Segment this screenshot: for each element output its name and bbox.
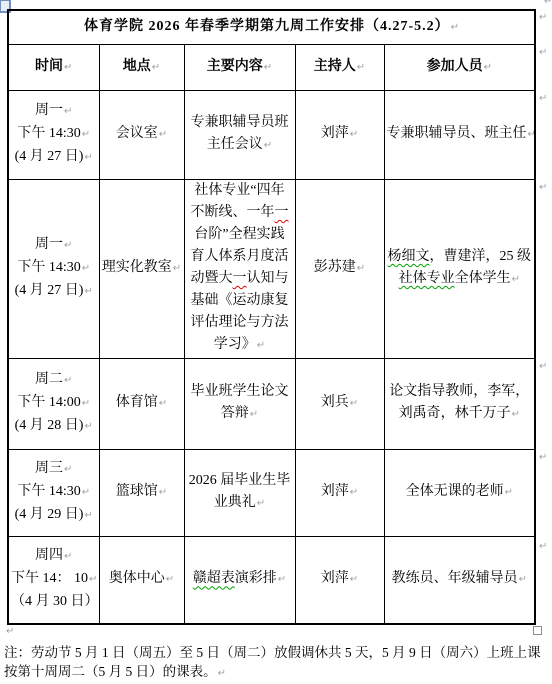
text-line: 基础《运动康复 bbox=[187, 290, 293, 312]
text-run: 刘萍 bbox=[321, 571, 349, 586]
text-run: 周三 bbox=[35, 461, 63, 476]
table-row: 周二↵下午 14:00↵(4 月 28 日)↵ 体育馆↵ 毕业班学生论文答辩↵ … bbox=[8, 358, 535, 449]
paragraph-mark-icon: ↵ bbox=[350, 129, 358, 140]
text-line: 刘禹奇，林千万子↵ bbox=[387, 403, 533, 426]
paragraph-mark-icon: ↵ bbox=[82, 487, 90, 498]
paragraph-mark-icon: ↵ bbox=[350, 574, 358, 585]
paragraph-mark-icon: ↵ bbox=[84, 421, 92, 432]
text-run: 毕业班学生论文 bbox=[191, 384, 289, 399]
text-run: 下午 14:30 bbox=[17, 484, 80, 499]
paragraph-mark-icon: ↵ bbox=[159, 129, 167, 140]
text-run: 不断线、一年 bbox=[191, 205, 275, 220]
participants-cell[interactable]: 全体无课的老师↵ bbox=[384, 449, 535, 536]
text-run: 论文指导教师，李军， bbox=[389, 384, 529, 399]
paragraph-mark-icon: ↵ bbox=[166, 574, 174, 585]
paragraph-mark-icon: ↵ bbox=[89, 574, 97, 585]
text-line: 周三↵ bbox=[11, 458, 97, 481]
paragraph-mark-icon: ↵ bbox=[264, 62, 272, 73]
text-run: 下午 14:30 bbox=[17, 260, 80, 275]
column-header-label: 时间 bbox=[35, 59, 63, 74]
paragraph-mark-icon: ↵ bbox=[350, 398, 358, 409]
paragraph-mark-icon: ↵ bbox=[84, 286, 92, 297]
row-end-mark-icon: ↵ bbox=[539, 47, 547, 58]
text-line: 专兼职辅导员、班主任↵ bbox=[387, 123, 533, 146]
paragraph-mark-icon: ↵ bbox=[82, 398, 90, 409]
text-run: 周二 bbox=[35, 372, 63, 387]
paragraph-mark-icon: ↵ bbox=[350, 487, 358, 498]
paragraph-mark-icon: ↵ bbox=[64, 62, 72, 73]
text-line: 周一↵ bbox=[11, 100, 97, 123]
column-header-label: 地点 bbox=[123, 59, 151, 74]
table-title-cell[interactable]: 体育学院 2026 年春季学期第九周工作安排（4.27-5.2）↵ bbox=[8, 10, 535, 44]
text-line: 评估理论与方法 bbox=[187, 312, 293, 334]
text-line: (4 月 27 日)↵ bbox=[11, 280, 97, 303]
text-run: 社体专业“四年 bbox=[194, 183, 284, 198]
text-run: 全体学生 bbox=[455, 271, 511, 286]
text-run: 学习》 bbox=[214, 337, 256, 352]
text-line: 注：劳动节 5 月 1 日（周五）至 5 日（周二）放假调休共 5 天，5 月 … bbox=[4, 643, 550, 662]
text-line: 刘兵↵ bbox=[298, 392, 382, 415]
text-run-red-squiggle: 一 bbox=[275, 205, 289, 220]
footnote[interactable]: 注：劳动节 5 月 1 日（周五）至 5 日（周二）放假调休共 5 天，5 月 … bbox=[4, 643, 550, 683]
text-run: 彭苏建 bbox=[314, 260, 356, 275]
paragraph-mark-icon: ↵ bbox=[64, 551, 72, 562]
schedule-table: 体育学院 2026 年春季学期第九周工作安排（4.27-5.2）↵ 时间↵ 地点… bbox=[7, 9, 536, 625]
text-line: 动暨大一认知与 bbox=[187, 268, 293, 290]
text-line: 毕业班学生论文 bbox=[187, 381, 293, 403]
text-line: 刘萍↵ bbox=[298, 568, 382, 591]
column-header-label: 主要内容 bbox=[207, 59, 263, 74]
paragraph-mark-icon: ↵ bbox=[82, 129, 90, 140]
text-line: 下午 14:00↵ bbox=[11, 392, 97, 415]
text-run: 教练员、年级辅导员 bbox=[392, 571, 518, 586]
text-run: 体育馆 bbox=[116, 395, 158, 410]
text-line: 全体无课的老师↵ bbox=[387, 481, 533, 504]
text-run: 会议室 bbox=[116, 126, 158, 141]
paragraph-mark-icon: ↵ bbox=[451, 22, 459, 33]
text-run: 按第十周周二（5 月 5 日）的课表。 bbox=[4, 664, 217, 679]
text-run: 注：劳动节 5 月 1 日（周五）至 5 日（周二）放假调休共 5 天，5 月 … bbox=[4, 645, 541, 660]
column-header-time[interactable]: 时间↵ bbox=[8, 44, 99, 90]
text-run: 育人体系月度活 bbox=[191, 249, 289, 264]
paragraph-mark-icon: ↵ bbox=[484, 62, 492, 73]
host-cell[interactable]: 刘萍↵ bbox=[295, 449, 384, 536]
text-line: 主任会议↵ bbox=[187, 134, 293, 157]
paragraph-mark-icon: ↵ bbox=[64, 106, 72, 117]
text-run: 下午 14:00 bbox=[17, 395, 80, 410]
text-line: 论文指导教师，李军， bbox=[387, 381, 533, 403]
time-cell[interactable]: 周一↵下午 14:30↵(4 月 27 日)↵ bbox=[8, 90, 99, 179]
text-line: 周二↵ bbox=[11, 369, 97, 392]
paragraph-mark-icon: ↵ bbox=[519, 574, 527, 585]
text-run: 台阶”全程实践 bbox=[194, 227, 284, 242]
paragraph-mark-icon: ↵ bbox=[64, 240, 72, 251]
paragraph-mark-icon: ↵ bbox=[173, 263, 181, 274]
text-run: 专兼职辅导员、班主任 bbox=[387, 126, 527, 141]
paragraph-mark-icon: ↵ bbox=[512, 409, 520, 420]
paragraph-mark-icon: ↵ bbox=[84, 510, 92, 521]
row-end-mark-icon: ↵ bbox=[539, 12, 547, 23]
text-run: 篮球馆 bbox=[116, 484, 158, 499]
content-cell[interactable]: 赣超表演彩排↵ bbox=[184, 536, 295, 624]
paragraph-mark-icon: ↵ bbox=[357, 62, 365, 73]
paragraph-mark-icon: ↵ bbox=[250, 409, 258, 420]
text-run: 全体无课的老师 bbox=[406, 484, 504, 499]
content-cell[interactable]: 社体专业“四年不断线、一年一台阶”全程实践育人体系月度活动暨大一认知与基础《运动… bbox=[184, 179, 295, 358]
text-line: 不断线、一年一 bbox=[187, 202, 293, 224]
text-run: 理实化教室 bbox=[102, 260, 172, 275]
table-row: 周四↵下午 14： 10↵（4 月 30 日）↵ 奥体中心↵ 赣超表演彩排↵ 刘… bbox=[8, 536, 535, 624]
paragraph-mark-icon: ↵ bbox=[544, 0, 552, 7]
paragraph-mark-icon: ↵ bbox=[6, 626, 14, 637]
text-line: 会议室↵ bbox=[102, 123, 182, 146]
host-cell[interactable]: 彭苏建↵ bbox=[295, 179, 384, 358]
text-run: 基础《运动康复 bbox=[191, 293, 289, 308]
paragraph-mark-icon: ↵ bbox=[84, 152, 92, 163]
paragraph-mark-icon: ↵ bbox=[257, 498, 265, 509]
text-run: 专兼职辅导员班 bbox=[191, 115, 289, 130]
paragraph-mark-icon: ↵ bbox=[505, 487, 513, 498]
text-run-green-squiggle: 杨细文 bbox=[388, 249, 430, 264]
text-run: (4 月 27 日) bbox=[15, 149, 84, 164]
text-line: 业典礼↵ bbox=[187, 492, 293, 515]
text-run: 刘萍 bbox=[321, 126, 349, 141]
row-end-mark-icon: ↵ bbox=[539, 93, 547, 104]
paragraph-mark-icon: ↵ bbox=[357, 263, 365, 274]
text-run: ，曹建洋，25 级 bbox=[430, 249, 532, 264]
text-line: 杨细文，曹建洋，25 级 bbox=[387, 246, 533, 268]
row-end-mark-icon: ↵ bbox=[539, 452, 547, 463]
participants-cell[interactable]: 杨细文，曹建洋，25 级社体专业全体学生↵ bbox=[384, 179, 535, 358]
paragraph-mark-icon: ↵ bbox=[82, 263, 90, 274]
text-line: 奥体中心↵ bbox=[102, 568, 182, 591]
text-run: 刘萍 bbox=[321, 484, 349, 499]
paragraph-mark-icon: ↵ bbox=[159, 398, 167, 409]
host-cell[interactable]: 刘兵↵ bbox=[295, 358, 384, 449]
time-cell[interactable]: 周四↵下午 14： 10↵（4 月 30 日）↵ bbox=[8, 536, 99, 624]
text-line: 按第十周周二（5 月 5 日）的课表。↵ bbox=[4, 662, 550, 683]
text-run: (4 月 29 日) bbox=[15, 507, 84, 522]
paragraph-mark-icon: ↵ bbox=[257, 340, 265, 351]
table-row: 周一↵下午 14:30↵(4 月 27 日)↵ 理实化教室↵ 社体专业“四年不断… bbox=[8, 179, 535, 358]
text-line: 彭苏建↵ bbox=[298, 257, 382, 280]
column-header-participants[interactable]: 参加人员↵ bbox=[384, 44, 535, 90]
text-run: 下午 14:30 bbox=[17, 126, 80, 141]
location-cell[interactable]: 奥体中心↵ bbox=[99, 536, 184, 624]
table-resize-handle[interactable] bbox=[533, 626, 542, 635]
text-line: 学习》↵ bbox=[187, 334, 293, 357]
table-row: 周一↵下午 14:30↵(4 月 27 日)↵ 会议室↵ 专兼职辅导员班主任会议… bbox=[8, 90, 535, 179]
content-cell[interactable]: 专兼职辅导员班主任会议↵ bbox=[184, 90, 295, 179]
paragraph-mark-icon: ↵ bbox=[64, 464, 72, 475]
text-run: 刘禹奇，林千万子 bbox=[399, 406, 511, 421]
text-run: （4 月 30 日） bbox=[11, 594, 99, 609]
text-line: 周一↵ bbox=[11, 234, 97, 257]
text-run: 主任会议 bbox=[207, 137, 263, 152]
document-page: ↵ 体育学院 2026 年春季学期第九周工作安排（4.27-5.2）↵ 时间↵ … bbox=[0, 0, 552, 684]
column-header-content[interactable]: 主要内容↵ bbox=[184, 44, 295, 90]
text-line: 下午 14:30↵ bbox=[11, 481, 97, 504]
text-run: 2026 届毕业生毕 bbox=[189, 473, 291, 488]
column-header-host[interactable]: 主持人↵ bbox=[295, 44, 384, 90]
time-cell[interactable]: 周二↵下午 14:00↵(4 月 28 日)↵ bbox=[8, 358, 99, 449]
text-line: 下午 14:30↵ bbox=[11, 123, 97, 146]
content-cell[interactable]: 2026 届毕业生毕业典礼↵ bbox=[184, 449, 295, 536]
column-header-label: 主持人 bbox=[314, 59, 356, 74]
location-cell[interactable]: 体育馆↵ bbox=[99, 358, 184, 449]
table-row: 周三↵下午 14:30↵(4 月 29 日)↵ 篮球馆↵ 2026 届毕业生毕业… bbox=[8, 449, 535, 536]
paragraph-mark-icon: ↵ bbox=[64, 375, 72, 386]
text-line: 社体专业“四年 bbox=[187, 180, 293, 202]
text-run-green-squiggle: 赣超表 bbox=[193, 571, 235, 586]
text-line: 刘萍↵ bbox=[298, 123, 382, 146]
text-line: 刘萍↵ bbox=[298, 481, 382, 504]
text-run: (4 月 28 日) bbox=[15, 418, 84, 433]
paragraph-mark-icon: ↵ bbox=[218, 668, 226, 679]
text-line: （4 月 30 日）↵ bbox=[11, 591, 97, 614]
participants-cell[interactable]: 论文指导教师，李军，刘禹奇，林千万子↵ bbox=[384, 358, 535, 449]
text-line: 2026 届毕业生毕 bbox=[187, 470, 293, 492]
text-line: 下午 14:30↵ bbox=[11, 257, 97, 280]
text-run: 答辩 bbox=[221, 406, 249, 421]
time-cell[interactable]: 周一↵下午 14:30↵(4 月 27 日)↵ bbox=[8, 179, 99, 358]
text-run: 认知与 bbox=[247, 271, 289, 286]
text-run-red-squiggle: 一 bbox=[233, 271, 247, 286]
text-run: 刘兵 bbox=[321, 395, 349, 410]
paragraph-mark-icon: ↵ bbox=[278, 574, 286, 585]
text-line: 体育馆↵ bbox=[102, 392, 182, 415]
text-line: 答辩↵ bbox=[187, 403, 293, 426]
text-run: 周一 bbox=[35, 237, 63, 252]
text-run: (4 月 27 日) bbox=[15, 283, 84, 298]
text-line: (4 月 29 日)↵ bbox=[11, 504, 97, 527]
text-run: 奥体中心 bbox=[109, 571, 165, 586]
text-run: 周四 bbox=[35, 548, 63, 563]
header-row: 时间↵ 地点↵ 主要内容↵ 主持人↵ 参加人员↵ bbox=[8, 44, 535, 90]
row-end-mark-icon: ↵ bbox=[539, 541, 547, 552]
column-header-location[interactable]: 地点↵ bbox=[99, 44, 184, 90]
paragraph-mark-icon: ↵ bbox=[512, 274, 520, 285]
text-run: 下午 14： 10 bbox=[11, 571, 88, 586]
location-cell[interactable]: 理实化教室↵ bbox=[99, 179, 184, 358]
row-end-mark-icon: ↵ bbox=[539, 182, 547, 193]
title-row: 体育学院 2026 年春季学期第九周工作安排（4.27-5.2）↵ bbox=[8, 10, 535, 44]
text-line: 赣超表演彩排↵ bbox=[187, 568, 293, 591]
column-header-label: 参加人员 bbox=[427, 59, 483, 74]
location-cell[interactable]: 篮球馆↵ bbox=[99, 449, 184, 536]
text-line: (4 月 28 日)↵ bbox=[11, 415, 97, 438]
text-run-green-squiggle: 社体专业 bbox=[399, 271, 455, 286]
time-cell[interactable]: 周三↵下午 14:30↵(4 月 29 日)↵ bbox=[8, 449, 99, 536]
paragraph-mark-icon: ↵ bbox=[159, 487, 167, 498]
host-cell[interactable]: 刘萍↵ bbox=[295, 90, 384, 179]
text-line: 理实化教室↵ bbox=[102, 257, 182, 280]
text-line: 篮球馆↵ bbox=[102, 481, 182, 504]
text-line: 周四↵ bbox=[11, 545, 97, 568]
participants-cell[interactable]: 专兼职辅导员、班主任↵ bbox=[384, 90, 535, 179]
text-run: 业典礼 bbox=[214, 495, 256, 510]
location-cell[interactable]: 会议室↵ bbox=[99, 90, 184, 179]
text-line: 社体专业全体学生↵ bbox=[387, 268, 533, 291]
text-line: 育人体系月度活 bbox=[187, 246, 293, 268]
text-run: 动暨大 bbox=[191, 271, 233, 286]
paragraph-mark-icon: ↵ bbox=[152, 62, 160, 73]
text-line: 专兼职辅导员班 bbox=[187, 112, 293, 134]
text-run: 评估理论与方法 bbox=[191, 315, 289, 330]
table-title: 体育学院 2026 年春季学期第九周工作安排（4.27-5.2） bbox=[84, 19, 450, 34]
paragraph-mark-icon: ↵ bbox=[264, 140, 272, 151]
content-cell[interactable]: 毕业班学生论文答辩↵ bbox=[184, 358, 295, 449]
text-line: 下午 14： 10↵ bbox=[11, 568, 97, 591]
row-end-mark-icon: ↵ bbox=[539, 361, 547, 372]
paragraph-mark-icon: ↵ bbox=[528, 129, 536, 140]
host-cell[interactable]: 刘萍↵ bbox=[295, 536, 384, 624]
text-line: (4 月 27 日)↵ bbox=[11, 146, 97, 169]
text-run: 演彩排 bbox=[235, 571, 277, 586]
text-line: 台阶”全程实践 bbox=[187, 224, 293, 246]
text-run: 周一 bbox=[35, 103, 63, 118]
participants-cell[interactable]: 教练员、年级辅导员↵ bbox=[384, 536, 535, 624]
text-line: 教练员、年级辅导员↵ bbox=[387, 568, 533, 591]
